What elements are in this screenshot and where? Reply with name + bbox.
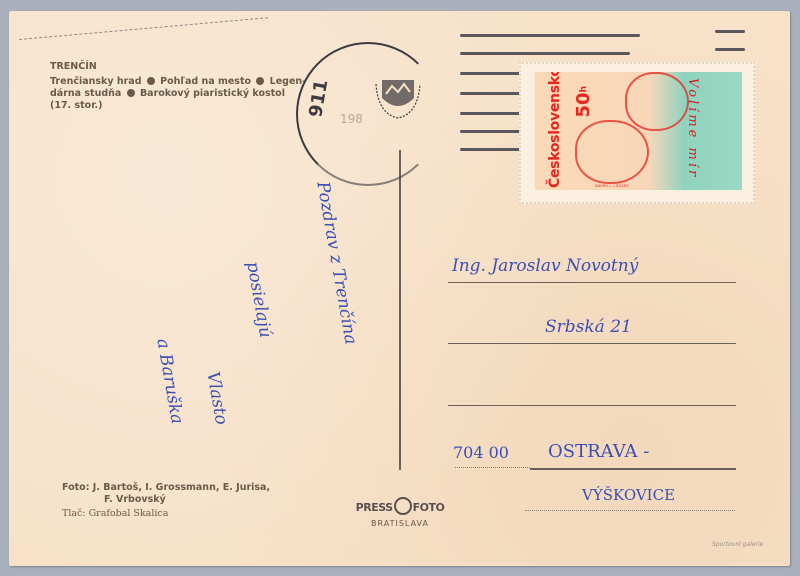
stamp-slogan: Volíme mír	[685, 78, 700, 179]
address-line-3	[448, 405, 736, 406]
scratch-mark	[19, 17, 268, 40]
recipient-district: VÝŠKOVICE	[582, 486, 675, 504]
publisher-logo: PRESSFOTO BRATISLAVA	[350, 497, 450, 528]
bullet-icon	[147, 77, 155, 85]
kct-badge-icon	[372, 70, 424, 122]
pressfoto-logo: PRESSFOTO	[350, 497, 450, 515]
recipient-postal-code: 704 00	[453, 443, 509, 462]
publisher-city: BRATISLAVA	[350, 519, 450, 528]
location-title: TRENČÍN	[50, 61, 97, 72]
face-illustration	[575, 120, 649, 184]
district-dots	[525, 510, 735, 511]
stamp-country: Československo	[547, 74, 563, 188]
printer-credit: Tlač: Grafobal Skalica	[62, 508, 168, 519]
postage-stamp: Československo 50h Volíme mír NÁVRH J. L…	[519, 62, 755, 204]
center-divider	[399, 150, 401, 470]
address-line-1	[448, 282, 736, 283]
postal-code-dots	[455, 467, 530, 468]
bullet-icon	[127, 89, 135, 97]
postmark-year: 198	[340, 112, 363, 126]
face-illustration	[625, 72, 689, 131]
globe-icon	[394, 497, 412, 515]
photo-credits: Foto: J. Bartoš, I. Grossmann, E. Jurisa…	[62, 482, 270, 506]
stamp-value: 50h	[573, 86, 594, 117]
watermark: Sportovní galerie	[712, 541, 763, 548]
stamp-designer: NÁVRH J. LIESLER	[595, 184, 629, 188]
address-line-2	[448, 343, 736, 344]
city-line	[530, 468, 736, 470]
stamp-artwork: Československo 50h Volíme mír NÁVRH J. L…	[535, 72, 742, 190]
recipient-street: Srbská 21	[545, 317, 632, 337]
recipient-city: OSTRAVA -	[548, 441, 649, 462]
bullet-icon	[256, 77, 264, 85]
recipient-name: Ing. Jaroslav Novotný	[452, 256, 638, 276]
